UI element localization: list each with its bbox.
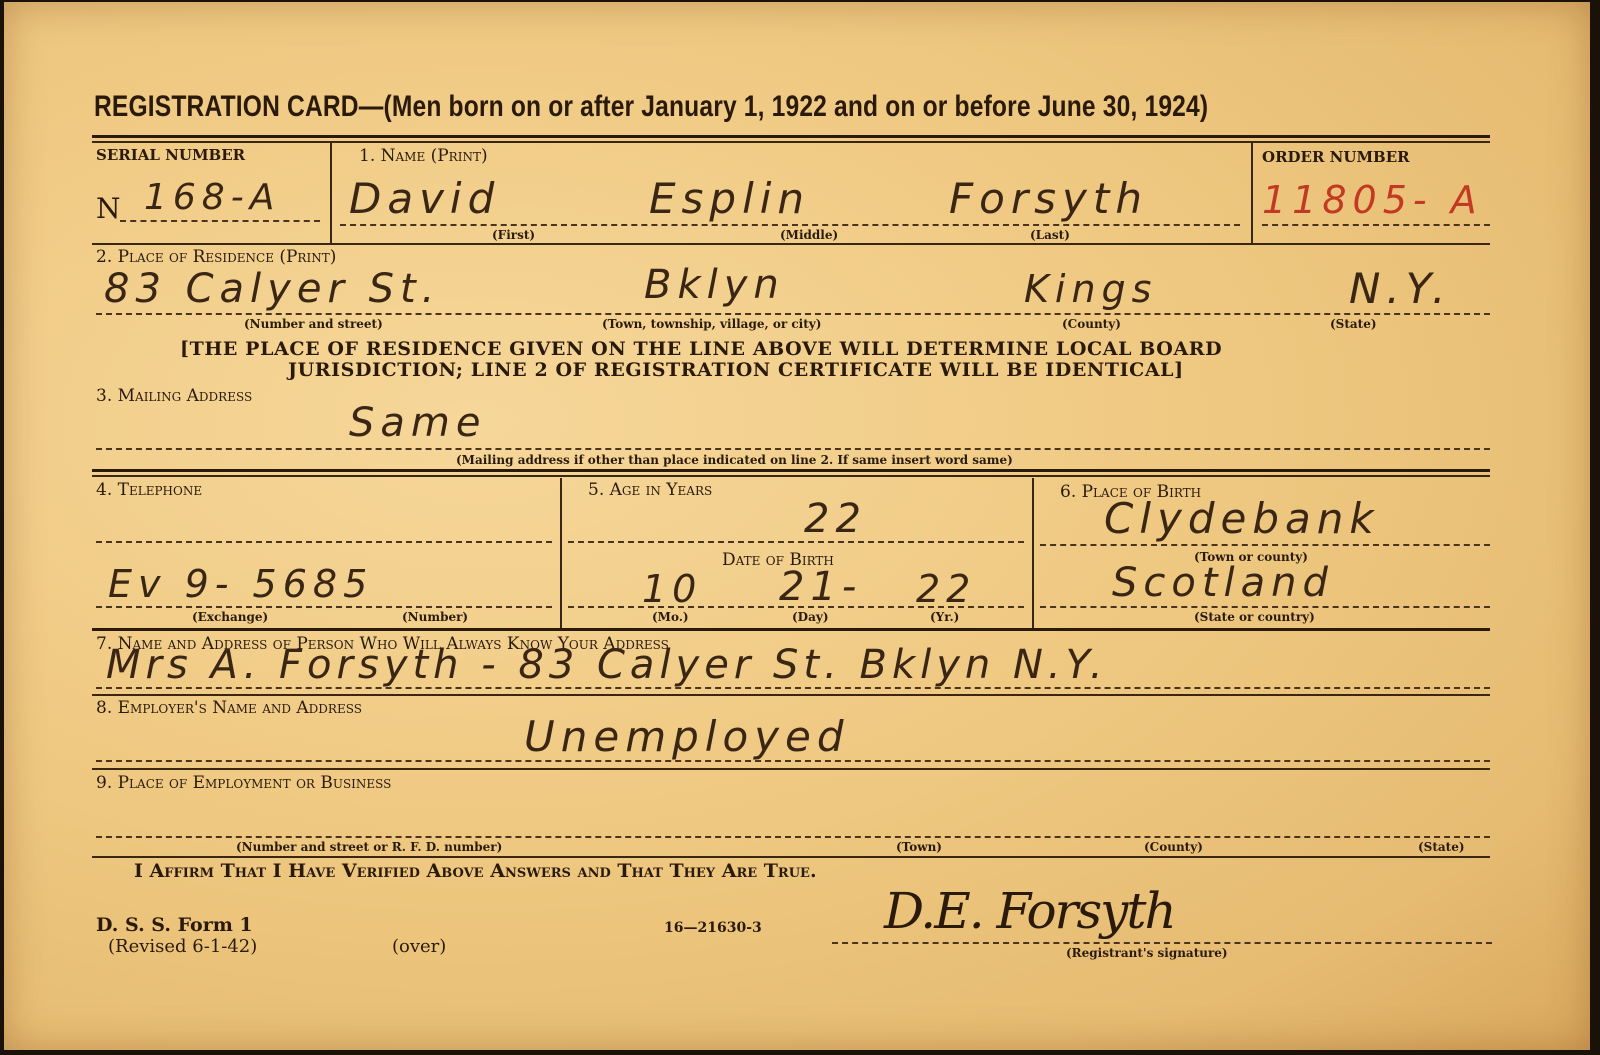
last-caption: (Last) <box>1030 228 1070 242</box>
town-caption: (Town, township, village, or city) <box>602 317 821 331</box>
telephone-line-1 <box>96 541 552 543</box>
birthplace-town-line <box>1040 544 1490 546</box>
birthplace-country-caption: (State or country) <box>1194 610 1315 624</box>
order-line <box>1262 224 1490 226</box>
mailing-caption: (Mailing address if other than place ind… <box>456 453 1013 467</box>
month-caption: (Mo.) <box>652 610 689 624</box>
serial-number-value: 168-A <box>144 177 280 218</box>
registration-card: REGISTRATION CARD—(Men born on or after … <box>4 2 1590 1050</box>
serial-line <box>120 220 320 222</box>
order-number-label: ORDER NUMBER <box>1262 148 1410 166</box>
row-rule-2 <box>92 475 1490 477</box>
order-number-value: 11805- A <box>1262 178 1483 222</box>
employment-place-line <box>96 836 1490 838</box>
row-rule <box>92 768 1490 770</box>
street-caption: (Number and street) <box>244 317 383 331</box>
dob-line <box>568 606 1024 608</box>
title-rule-2 <box>92 141 1490 143</box>
residence-county-value: Kings <box>1024 267 1157 311</box>
title-rule <box>92 135 1490 138</box>
registrant-signature: D.E. Forsyth <box>884 882 1175 940</box>
residence-street-value: 83 Calyer St. <box>104 266 440 312</box>
mailing-address-value: Same <box>349 400 486 446</box>
state-caption: (State) <box>1330 317 1377 331</box>
age-line <box>568 541 1024 543</box>
dob-month-value: 10 <box>642 567 702 611</box>
jurisdiction-notice-line2: JURISDICTION; LINE 2 OF REGISTRATION CER… <box>288 359 1184 381</box>
contact-value: Mrs A. Forsyth - 83 Calyer St. Bklyn N.Y… <box>106 642 1108 688</box>
mailing-address-label: 3. Mailing Address <box>96 386 252 406</box>
name-label: 1. Name (Print) <box>359 146 488 166</box>
serial-prefix: N <box>96 192 121 225</box>
middle-caption: (Middle) <box>780 228 838 242</box>
age-value: 22 <box>804 496 867 542</box>
last-name-value: Forsyth <box>949 174 1148 223</box>
telephone-value: Ev 9- 5685 <box>108 562 373 606</box>
county-caption: (County) <box>1062 317 1121 331</box>
row-rule <box>92 628 1490 631</box>
divider <box>560 478 562 628</box>
divider <box>1251 143 1253 243</box>
form-name: D. S. S. Form 1 <box>96 914 253 936</box>
exchange-caption: (Exchange) <box>192 610 268 624</box>
form-revised: (Revised 6-1-42) <box>108 936 257 957</box>
middle-name-value: Esplin <box>649 174 810 223</box>
row-rule <box>92 469 1490 472</box>
birthplace-country-line <box>1040 606 1490 608</box>
day-caption: (Day) <box>792 610 829 624</box>
serial-number-label: SERIAL NUMBER <box>96 146 245 164</box>
birthplace-country-value: Scotland <box>1112 560 1334 606</box>
employer-line <box>96 760 1490 762</box>
divider <box>330 143 332 243</box>
employment-town-caption: (Town) <box>896 840 942 854</box>
first-caption: (First) <box>492 228 535 242</box>
row-rule <box>92 856 1490 858</box>
number-caption: (Number) <box>402 610 468 624</box>
jurisdiction-notice-line1: [THE PLACE OF RESIDENCE GIVEN ON THE LIN… <box>180 338 1222 360</box>
row-rule <box>92 694 1490 696</box>
divider <box>1032 478 1034 628</box>
row-rule <box>92 243 1490 245</box>
dob-year-value: 22 <box>916 567 976 611</box>
telephone-line-2 <box>96 606 552 608</box>
residence-state-value: N.Y. <box>1349 264 1451 313</box>
signature-line <box>832 942 1492 944</box>
telephone-label: 4. Telephone <box>96 480 202 500</box>
mailing-line <box>96 448 1490 450</box>
age-label: 5. Age in Years <box>588 480 712 500</box>
print-code: 16—21630-3 <box>664 920 762 936</box>
birthplace-town-value: Clydebank <box>1104 494 1380 543</box>
name-line <box>340 224 1240 226</box>
employment-county-caption: (County) <box>1144 840 1203 854</box>
residence-line <box>96 313 1490 315</box>
affirmation-text: I Affirm That I Have Verified Above Answ… <box>134 860 817 882</box>
over-note: (over) <box>392 936 446 957</box>
card-title: REGISTRATION CARD—(Men born on or after … <box>94 90 1208 124</box>
employer-label: 8. Employer's Name and Address <box>96 698 362 718</box>
first-name-value: David <box>349 174 500 223</box>
employment-place-label: 9. Place of Employment or Business <box>96 773 391 793</box>
signature-caption: (Registrant's signature) <box>1066 946 1228 960</box>
employment-street-caption: (Number and street or R. F. D. number) <box>236 840 502 854</box>
employer-value: Unemployed <box>524 712 850 761</box>
contact-line <box>96 687 1490 689</box>
residence-label: 2. Place of Residence (Print) <box>96 247 336 267</box>
year-caption: (Yr.) <box>930 610 959 624</box>
residence-town-value: Bklyn <box>644 262 785 308</box>
employment-state-caption: (State) <box>1418 840 1465 854</box>
dob-day-value: 21- <box>779 564 862 610</box>
